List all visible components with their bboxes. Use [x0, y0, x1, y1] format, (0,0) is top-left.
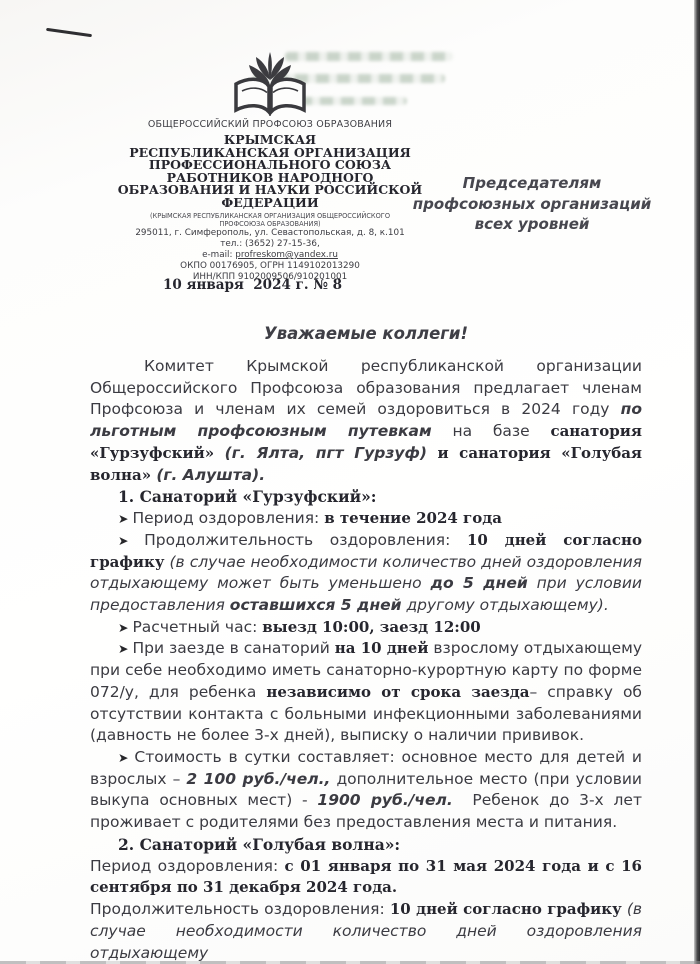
salutation: Уважаемые коллеги! — [90, 324, 642, 343]
section-heading-golubaya-volna: 2. Санаторий «Голубая волна»: — [90, 834, 642, 856]
intro-paragraph: Комитет Крымской республиканской организ… — [90, 356, 642, 486]
org-paren-name: (КРЫМСКАЯ РЕСПУБЛИКАНСКАЯ ОРГАНИЗАЦИЯ ОБ… — [145, 212, 395, 228]
bullet-period: ➤ Период оздоровления: в течение 2024 го… — [90, 508, 642, 530]
letter-body: Уважаемые коллеги! Комитет Крымской респ… — [90, 324, 642, 964]
letterhead: ОБЩЕРОССИЙСКИЙ ПРОФСОЮЗ ОБРАЗОВАНИЯ КРЫМ… — [110, 50, 430, 283]
scan-pen-mark — [46, 28, 92, 37]
addressee-line: Председателям — [398, 173, 666, 194]
org-name: КРЫМСКАЯ РЕСПУБЛИКАНСКАЯ ОРГАНИЗАЦИЯ ПРО… — [110, 134, 430, 209]
scan-edge-right — [694, 0, 700, 964]
bullet-checkout: ➤ Расчетный час: выезд 10:00, заезд 12:0… — [90, 617, 642, 639]
section-heading-gurzufsky: 1. Санаторий «Гурзуфский»: — [90, 486, 642, 508]
org-small-caps: ОБЩЕРОССИЙСКИЙ ПРОФСОЮЗ ОБРАЗОВАНИЯ — [110, 119, 430, 130]
document-page: ОБЩЕРОССИЙСКИЙ ПРОФСОЮЗ ОБРАЗОВАНИЯ КРЫМ… — [0, 0, 700, 964]
email-line: e-mail: profreskom@yandex.ru — [110, 250, 430, 261]
union-logo-book-leaves-icon — [230, 50, 310, 116]
bullet-duration: ➤ Продолжительность оздоровления: 10 дне… — [90, 530, 642, 617]
phone-line: тел.: (3652) 27-15-36, — [110, 239, 430, 250]
bullet-documents: ➤ При заезде в санаторий на 10 дней взро… — [90, 638, 642, 747]
paragraph-period-2: Период оздоровления: с 01 января по 31 м… — [90, 856, 642, 899]
email-label: e-mail: — [202, 250, 235, 260]
addressee-block: Председателям профсоюзных организаций вс… — [398, 173, 666, 235]
email-address: profreskom@yandex.ru — [235, 250, 338, 260]
org-name-line: ФЕДЕРАЦИИ — [110, 197, 430, 210]
addressee-line: всех уровней — [398, 214, 666, 235]
address-line: 295011, г. Симферополь, ул. Севастопольс… — [110, 228, 430, 239]
paragraph-duration-2: Продолжительность оздоровления: 10 дней … — [90, 899, 642, 964]
date-number-line: 10 января 2024 г. № 8 — [163, 277, 342, 293]
addressee-line: профсоюзных организаций — [398, 194, 666, 215]
okpo-ogrn-line: ОКПО 00176905, ОГРН 1149102013290 — [110, 261, 430, 272]
bullet-price: ➤ Стоимость в сутки составляет: основное… — [90, 747, 642, 834]
